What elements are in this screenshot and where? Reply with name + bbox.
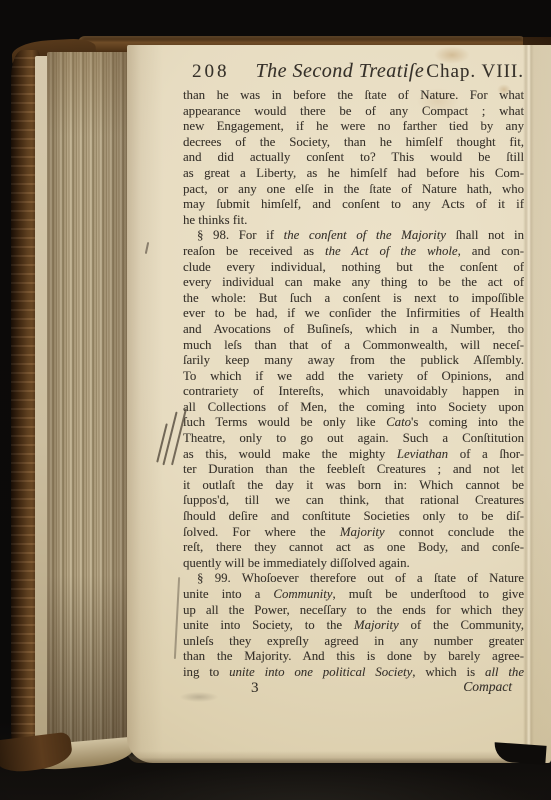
page-number: 208	[192, 61, 230, 83]
text-line: every individual can make any thing to b…	[183, 275, 524, 291]
page-bottom-rim	[127, 751, 541, 763]
text-line: may ſubmit himſelf, and conſent to any A…	[183, 197, 524, 213]
text-line: and did actually conſent to? This would …	[183, 150, 524, 166]
text-line: Theatre, only to go out again. Such a Co…	[183, 431, 524, 447]
text-line: decrees of the Society, than he himſelf …	[183, 135, 524, 151]
text-line: as this, would make the mighty Leviathan…	[183, 447, 524, 463]
text-line: ſolved. For where the Majority connot co…	[183, 525, 524, 541]
text-line: ter Duration than the feebleſt Creatures…	[183, 462, 524, 478]
text-line: ſhould deſire and conſtitute Societies o…	[183, 509, 524, 525]
text-line: To which if we add the variety of Opinio…	[183, 369, 524, 385]
text-line: much leſs than that of a Commonwealth, w…	[183, 338, 524, 354]
text-line: § 98. For if the conſent of the Majority…	[183, 228, 524, 244]
text-line: § 99. Whoſoever therefore out of a ſtate…	[183, 571, 524, 587]
running-header: 208 The Second Treatiſe Chap. VIII.	[183, 60, 524, 87]
text-line: unleſs they expreſly agreed in any numbe…	[183, 634, 524, 650]
text-line: clude every individual, nothing but the …	[183, 260, 524, 276]
text-line: ſuppos'd, till we can think, that ration…	[183, 493, 524, 509]
book-photo: 208 The Second Treatiſe Chap. VIII. than…	[0, 0, 551, 800]
page-edges-stack	[47, 52, 129, 758]
text-line: the whole: But ſuch a conſent is next to…	[183, 291, 524, 307]
text-line: quently will be immediately diſſolved ag…	[183, 556, 524, 572]
text-line: reſt, there they cannot act as one Body,…	[183, 540, 524, 556]
text-line: new Engagement, if he were no farther ti…	[183, 119, 524, 135]
text-line: ever to be had, if we conſider the Infir…	[183, 306, 524, 322]
text-line: it outlaſt the day it was born in: Which…	[183, 478, 524, 494]
text-line: all Collections of Men, the coming into …	[183, 400, 524, 416]
page-text: 208 The Second Treatiſe Chap. VIII. than…	[183, 60, 524, 740]
text-line: and Avocations of Buſineſs, which in a N…	[183, 322, 524, 338]
text-line: he thinks fit.	[183, 213, 524, 229]
text-line: contrariety of Intereſts, which unavoida…	[183, 384, 524, 400]
body-text: than he was in before the ſtate of Natur…	[183, 88, 524, 681]
signature-mark: 3	[251, 680, 259, 697]
text-line: unite into a Community, muſt be underſto…	[183, 587, 524, 603]
text-line: than he was in before the ſtate of Natur…	[183, 88, 524, 104]
text-line: unite into Society, to the Majority of t…	[183, 618, 524, 634]
text-line: appearance would there be of any Compact…	[183, 104, 524, 120]
text-line: pact, or any one elſe in the ſtate of Na…	[183, 182, 524, 198]
catchword: Compact	[463, 679, 512, 695]
text-line: ſarily keep many away from the publick A…	[183, 353, 524, 369]
running-title: The Second Treatiſe	[256, 60, 425, 83]
text-line: up all the Power, neceſſary to the ends …	[183, 603, 524, 619]
text-line: than the Majority. And this is done by b…	[183, 649, 524, 665]
chapter-heading: Chap. VIII.	[426, 61, 524, 83]
text-line: ſuch Terms would be only like Cato's com…	[183, 415, 524, 431]
text-line: as great a Liberty, as he himſelf had be…	[183, 166, 524, 182]
text-line: reaſon be received as the Act of the who…	[183, 244, 524, 260]
